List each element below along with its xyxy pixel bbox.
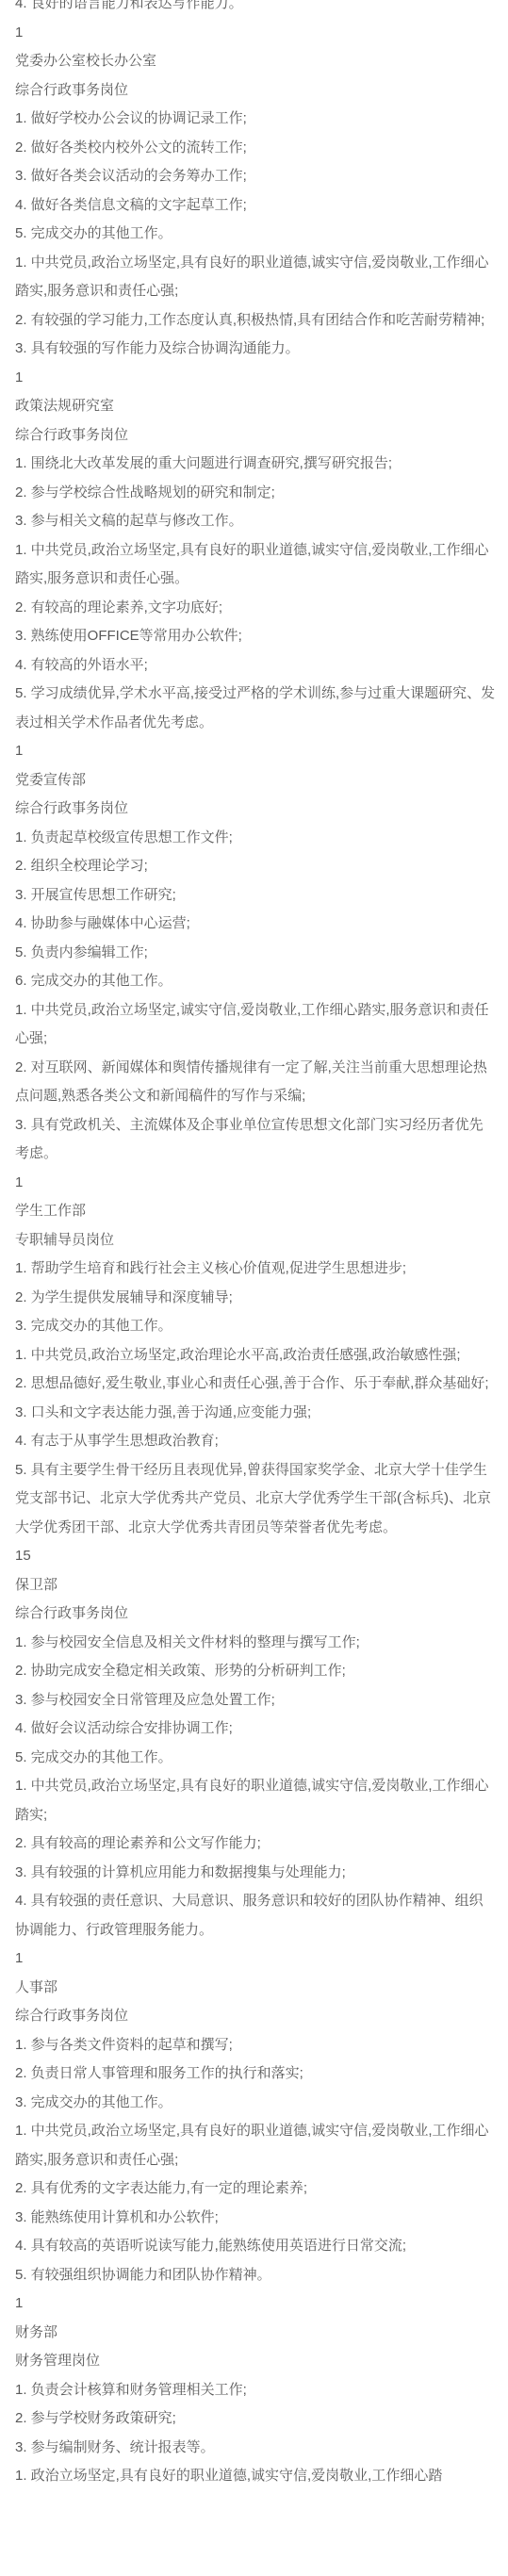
duty-item: 4. 协助参与融媒体中心运营; xyxy=(15,910,496,939)
requirement-item: 3. 具有较强的写作能力及综合协调沟通能力。 xyxy=(15,335,496,364)
requirement-item: 3. 能熟练使用计算机和办公软件; xyxy=(15,2204,496,2233)
department-name: 政策法规研究室 xyxy=(15,392,496,421)
position-title: 综合行政事务岗位 xyxy=(15,1600,496,1629)
headcount-line: 1 xyxy=(15,2289,496,2319)
duty-item: 4. 做好会议活动综合安排协调工作; xyxy=(15,1715,496,1744)
duty-item: 3. 做好各类会议活动的会务筹办工作; xyxy=(15,162,496,191)
department-name: 人事部 xyxy=(15,1974,496,2003)
requirement-item: 4. 具有较高的英语听说读写能力,能熟练使用英语进行日常交流; xyxy=(15,2232,496,2261)
duty-item: 2. 协助完成安全稳定相关政策、形势的分析研判工作; xyxy=(15,1657,496,1686)
requirement-item: 5. 学习成绩优异,学术水平高,接受过严格的学术训练,参与过重大课题研究、发表过… xyxy=(15,680,496,737)
requirement-item: 3. 具有党政机关、主流媒体及企事业单位宣传思想文化部门实习经历者优先考虑。 xyxy=(15,1111,496,1169)
duty-item: 3. 完成交办的其他工作。 xyxy=(15,2089,496,2118)
requirement-item: 2. 有较高的理论素养,文字功底好; xyxy=(15,594,496,623)
duty-item: 1. 参与校园安全信息及相关文件材料的整理与撰写工作; xyxy=(15,1629,496,1658)
duty-item: 1. 参与各类文件资料的起草和撰写; xyxy=(15,2031,496,2060)
requirement-item: 1. 中共党员,政治立场坚定,具有良好的职业道德,诚实守信,爱岗敬业,工作细心踏… xyxy=(15,2117,496,2174)
duty-item: 1. 做好学校办公会议的协调记录工作; xyxy=(15,105,496,134)
duty-item: 2. 为学生提供发展辅导和深度辅导; xyxy=(15,1284,496,1313)
duty-item: 3. 参与编制财务、统计报表等。 xyxy=(15,2434,496,2463)
requirement-item: 5. 具有主要学生骨干经历且表现优异,曾获得国家奖学金、北京大学十佳学生党支部书… xyxy=(15,1456,496,1543)
position-title: 综合行政事务岗位 xyxy=(15,795,496,824)
requirement-item: 1. 中共党员,政治立场坚定,政治理论水平高,政治责任感强,政治敏感性强; xyxy=(15,1341,496,1370)
department-name: 学生工作部 xyxy=(15,1197,496,1226)
requirement-item: 3. 具有较强的计算机应用能力和数据搜集与处理能力; xyxy=(15,1859,496,1888)
requirement-item: 1. 政治立场坚定,具有良好的职业道德,诚实守信,爱岗敬业,工作细心踏 xyxy=(15,2462,496,2491)
requirement-item: 2. 对互联网、新闻媒体和舆情传播规律有一定了解,关注当前重大思想理论热点问题,… xyxy=(15,1054,496,1111)
duty-item: 1. 负责起草校级宣传思想工作文件; xyxy=(15,824,496,853)
duty-item: 3. 开展宣传思想工作研究; xyxy=(15,881,496,911)
department-name: 党委宣传部 xyxy=(15,766,496,796)
requirement-item: 1. 中共党员,政治立场坚定,具有良好的职业道德,诚实守信,爱岗敬业,工作细心踏… xyxy=(15,1772,496,1829)
requirement-item: 3. 口头和文字表达能力强,善于沟通,应变能力强; xyxy=(15,1399,496,1428)
duty-item: 2. 做好各类校内校外公文的流转工作; xyxy=(15,134,496,163)
department-name: 保卫部 xyxy=(15,1571,496,1600)
department-name: 党委办公室校长办公室 xyxy=(15,47,496,76)
duty-item: 6. 完成交办的其他工作。 xyxy=(15,967,496,996)
position-title: 财务管理岗位 xyxy=(15,2347,496,2376)
position-title: 综合行政事务岗位 xyxy=(15,76,496,106)
requirement-item: 2. 具有优秀的文字表达能力,有一定的理论素养; xyxy=(15,2174,496,2204)
position-title: 综合行政事务岗位 xyxy=(15,2002,496,2031)
requirement-item: 2. 具有较高的理论素养和公文写作能力; xyxy=(15,1829,496,1859)
duty-item: 3. 参与相关文稿的起草与修改工作。 xyxy=(15,507,496,536)
requirement-item: 1. 中共党员,政治立场坚定,诚实守信,爱岗敬业,工作细心踏实,服务意识和责任心… xyxy=(15,996,496,1054)
requirement-item: 2. 有较强的学习能力,工作态度认真,积极热情,具有团结合作和吃苦耐劳精神; xyxy=(15,306,496,336)
requirement-item: 4. 有较高的外语水平; xyxy=(15,651,496,681)
requirement-item: 4. 有志于从事学生思想政治教育; xyxy=(15,1427,496,1456)
duty-item: 5. 完成交办的其他工作。 xyxy=(15,220,496,249)
duty-item: 5. 负责内参编辑工作; xyxy=(15,939,496,968)
position-title: 专职辅导员岗位 xyxy=(15,1226,496,1255)
duty-item: 3. 参与校园安全日常管理及应急处置工作; xyxy=(15,1686,496,1715)
duty-item: 5. 完成交办的其他工作。 xyxy=(15,1744,496,1773)
requirement-item: 3. 熟练使用OFFICE等常用办公软件; xyxy=(15,622,496,651)
duty-item: 3. 完成交办的其他工作。 xyxy=(15,1312,496,1341)
duty-item: 2. 负责日常人事管理和服务工作的执行和落实; xyxy=(15,2059,496,2089)
headcount-line: 15 xyxy=(15,1542,496,1571)
headcount-line: 1 xyxy=(15,1944,496,1974)
duty-item: 4. 做好各类信息文稿的文字起草工作; xyxy=(15,191,496,221)
duty-item: 1. 围绕北大改革发展的重大问题进行调查研究,撰写研究报告; xyxy=(15,450,496,479)
position-title: 综合行政事务岗位 xyxy=(15,421,496,451)
document-body: 4. 良好的语言能力和表达写作能力。1党委办公室校长办公室综合行政事务岗位1. … xyxy=(0,0,508,2491)
requirement-item: 2. 思想品德好,爱生敬业,事业心和责任心强,善于合作、乐于奉献,群众基础好; xyxy=(15,1370,496,1399)
department-name: 财务部 xyxy=(15,2319,496,2348)
duty-item: 2. 参与学校综合性战略规划的研究和制定; xyxy=(15,479,496,508)
requirement-item: 1. 中共党员,政治立场坚定,具有良好的职业道德,诚实守信,爱岗敬业,工作细心踏… xyxy=(15,536,496,594)
requirement-item: 1. 中共党员,政治立场坚定,具有良好的职业道德,诚实守信,爱岗敬业,工作细心踏… xyxy=(15,249,496,306)
requirement-item: 5. 有较强组织协调能力和团队协作精神。 xyxy=(15,2261,496,2290)
duty-item: 2. 参与学校财务政策研究; xyxy=(15,2404,496,2434)
duty-item: 1. 负责会计核算和财务管理相关工作; xyxy=(15,2376,496,2405)
headcount-line: 1 xyxy=(15,1169,496,1198)
duty-item: 1. 帮助学生培育和践行社会主义核心价值观,促进学生思想进步; xyxy=(15,1255,496,1284)
requirement-item: 4. 具有较强的责任意识、大局意识、服务意识和较好的团队协作精神、组织协调能力、… xyxy=(15,1887,496,1944)
headcount-line: 1 xyxy=(15,737,496,766)
duty-item: 2. 组织全校理论学习; xyxy=(15,852,496,881)
partial-top-line: 4. 良好的语言能力和表达写作能力。 xyxy=(15,0,496,19)
headcount-line: 1 xyxy=(15,364,496,393)
headcount-line: 1 xyxy=(15,19,496,48)
